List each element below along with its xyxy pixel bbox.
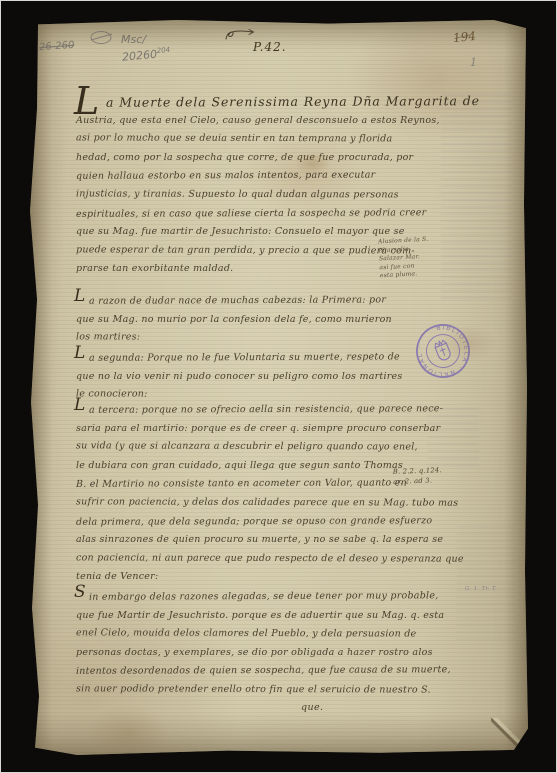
manuscript-paragraph: L a segunda: Porque no le fue Voluntaria… bbox=[76, 349, 456, 405]
margin-note-citation: B. 2.2. q.124.ar. 2. ad 3. bbox=[393, 466, 443, 487]
manuscript-paper: 26-260 Msc/ 20260204 P.42. 194 1 G. 1. T… bbox=[27, 20, 529, 755]
manuscript-text-line: injusticias, y tiranias. Supuesto lo qua… bbox=[76, 185, 468, 205]
manuscript-text-line: que su Mag. no murio por la confesion de… bbox=[76, 311, 456, 330]
manuscript-paragraph: L a razon de dudar nace de muchas cabeza… bbox=[76, 292, 456, 348]
catchword: que. bbox=[301, 702, 323, 713]
manuscript-text-line: sin auer podido pretender enello otro fi… bbox=[76, 680, 468, 700]
faint-verso-citation: G. 1. Tr. T. bbox=[465, 586, 497, 592]
manuscript-text-line: a Muerte dela Serenissima Reyna Dña Marg… bbox=[76, 92, 468, 112]
dog-ear-fold bbox=[491, 718, 525, 752]
manuscript-text-line: in embargo delas razones alegadas, se de… bbox=[76, 587, 468, 607]
pencil-crossed-number: 26-260 bbox=[39, 40, 75, 53]
manuscript-text-line: su vida (y que si alcanzara a descubrir … bbox=[76, 438, 468, 458]
margin-note-line: esta pluma. bbox=[380, 270, 431, 281]
pencil-shelfmark-prefix: Msc/ bbox=[121, 33, 146, 46]
manuscript-text-line: los martires: bbox=[76, 329, 456, 349]
manuscript-text-line: dela primera, que dela segunda; porque s… bbox=[76, 512, 468, 532]
manuscript-text-line: Austria, que esta enel Cielo, causo gene… bbox=[76, 112, 468, 131]
manuscript-text-line: que no la vio venir ni pudo conocer su p… bbox=[76, 368, 456, 387]
paragraph-lines: a segunda: Porque no le fue Voluntaria s… bbox=[76, 349, 456, 405]
margin-note-allusion: Alusion de la S.Pharsalia,Salazar Mar.as… bbox=[378, 236, 430, 281]
citation-lines: B. 2.2. q.124.ar. 2. ad 3. bbox=[393, 466, 443, 487]
pencil-folio-number: 1 bbox=[470, 56, 477, 69]
manuscript-paragraph: L a tercera: porque no se ofrecio aella … bbox=[76, 401, 468, 587]
manuscript-text-line: hedad, como por la sospecha que corre, d… bbox=[76, 149, 468, 168]
paragraph-lines: a tercera: porque no se ofrecio aella si… bbox=[76, 401, 468, 587]
manuscript-text-line: intentos desordenados de quien se sospec… bbox=[76, 662, 468, 682]
manuscript-text-line: personas doctas, y exemplares, se dio po… bbox=[76, 644, 468, 663]
citation-line: B. 2.2. q.124. bbox=[393, 466, 442, 477]
margin-note-lines: Alusion de la S.Pharsalia,Salazar Mar.as… bbox=[378, 236, 430, 281]
manuscript-text-line: a tercera: porque no se ofrecio aella si… bbox=[76, 400, 468, 420]
scan-background: 26-260 Msc/ 20260204 P.42. 194 1 G. 1. T… bbox=[0, 0, 557, 773]
paragraph-lines: a razon de dudar nace de muchas cabezas:… bbox=[76, 292, 456, 348]
manuscript-text-line: con paciencia, ni aun parece que pudo re… bbox=[76, 549, 468, 569]
manuscript-text-line: saria para el martirio: porque es de cre… bbox=[76, 420, 468, 439]
manuscript-text-line: que fue Martir de Jesuchristo. porque es… bbox=[76, 607, 468, 626]
pencil-shelfmark-number: 20260 bbox=[122, 48, 158, 64]
manuscript-text-line: espirituales, si en caso que saliese cie… bbox=[76, 204, 468, 224]
manuscript-text-line: a razon de dudar nace de muchas cabezas:… bbox=[76, 291, 456, 311]
citation-line: ar. 2. ad 3. bbox=[393, 476, 442, 487]
pencil-shelfmark: 20260204 bbox=[121, 46, 170, 64]
pencil-shelfmark-superscript: 204 bbox=[156, 46, 170, 55]
manuscript-paragraph: S in embargo delas razones alegadas, se … bbox=[76, 588, 468, 700]
manuscript-text-line: a segunda: Porque no le fue Voluntaria s… bbox=[76, 348, 456, 368]
manuscript-text-line: quien hallaua estorbo en sus malos inten… bbox=[76, 167, 468, 187]
paragraph-lines: in embargo delas razones alegadas, se de… bbox=[76, 588, 468, 700]
manuscript-text-line: asi por lo mucho que se deuia sentir en … bbox=[76, 130, 468, 150]
old-folio-number: 194 bbox=[452, 29, 476, 45]
ink-flourish-mark bbox=[223, 28, 257, 42]
crossed-circle-mark bbox=[89, 30, 113, 45]
page-heading: P.42. bbox=[253, 40, 287, 54]
manuscript-text-line: enel Cielo, mouida delos clamores del Pu… bbox=[76, 625, 468, 645]
manuscript-text-line: tenia de Vencer: bbox=[76, 568, 468, 587]
manuscript-text-line: alas sinrazones de quien procuro su muer… bbox=[76, 531, 468, 550]
manuscript-text-line: sufrir con paciencia, y delas dos calida… bbox=[76, 493, 468, 513]
